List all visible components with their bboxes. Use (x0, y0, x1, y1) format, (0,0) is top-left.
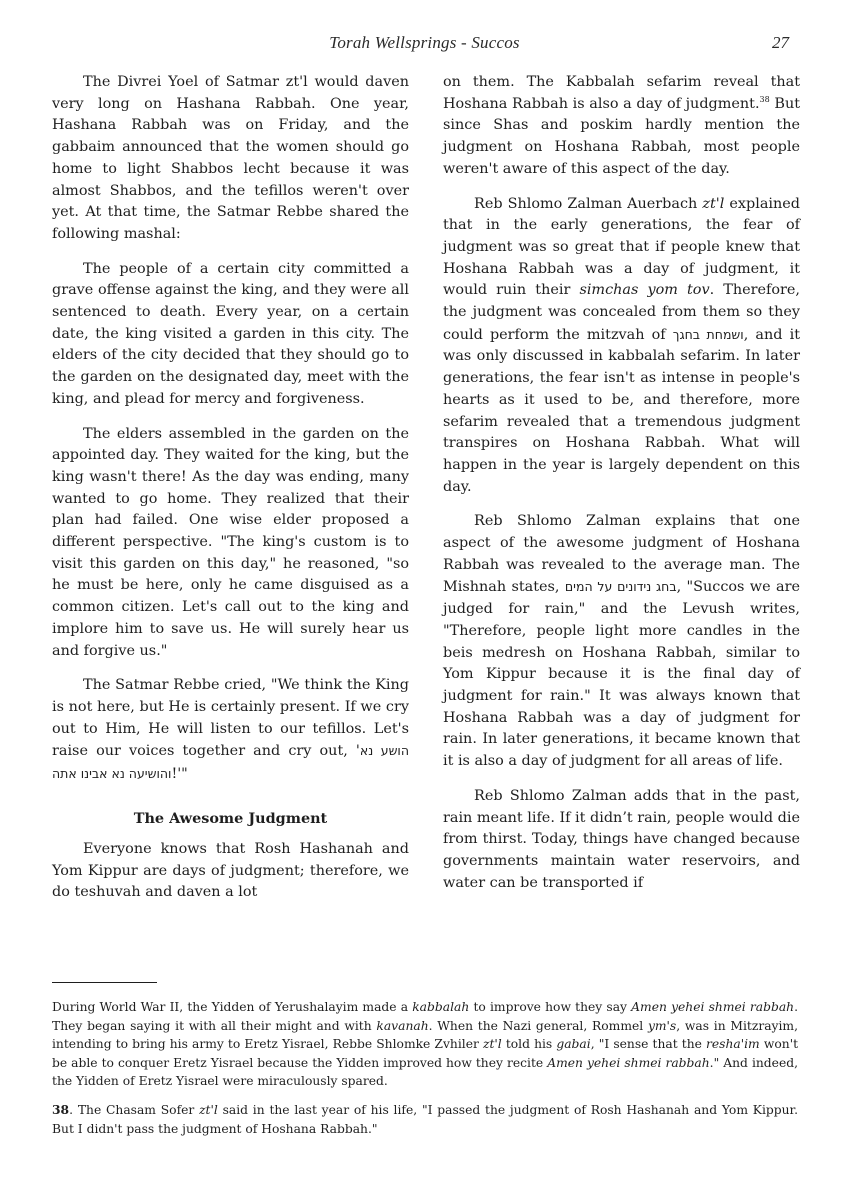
footnotes: During World War II, the Yidden of Yerus… (52, 998, 798, 1148)
section-heading: The Awesome Judgment (52, 808, 409, 829)
text: Reb Shlomo Zalman Auerbach (474, 196, 702, 212)
page-number: 27 (772, 33, 789, 53)
paragraph: on them. The Kabbalah sefarim reveal tha… (443, 72, 800, 181)
running-header: Torah Wellsprings - Succos 27 (0, 33, 849, 57)
footnote-number: 38 (52, 1102, 69, 1117)
italic-text: simchas yom tov (579, 282, 709, 298)
paragraph: The elders assembled in the garden on th… (52, 424, 409, 663)
paragraph: Everyone knows that Rosh Hashanah and Yo… (52, 839, 409, 904)
paragraph: Reb Shlomo Zalman adds that in the past,… (443, 786, 800, 895)
text: The Satmar Rebbe cried, "We think the Ki… (52, 677, 409, 759)
paragraph: Reb Shlomo Zalman explains that one aspe… (443, 511, 800, 772)
italic-text: Amen yehei shmei rabbah (631, 1000, 794, 1014)
footnote-38: 38. The Chasam Sofer zt'l said in the la… (52, 1101, 798, 1138)
text: . When the Nazi general, Rommel (429, 1019, 648, 1033)
italic-text: zt'l (702, 196, 724, 212)
text: , and it was only discussed in kabbalah … (443, 327, 800, 495)
footnote-reference[interactable]: 38 (760, 95, 770, 104)
italic-text: kabbalah (412, 1000, 469, 1014)
text: to improve how they say (469, 1000, 631, 1014)
text: !'" (171, 766, 187, 782)
paragraph: Reb Shlomo Zalman Auerbach zt'l explaine… (443, 194, 800, 499)
text: , "I sense that the (591, 1037, 706, 1051)
text: told his (502, 1037, 557, 1051)
italic-text: zt'l (483, 1037, 502, 1051)
paragraph: The Divrei Yoel of Satmar zt'l would dav… (52, 72, 409, 246)
left-column: The Divrei Yoel of Satmar zt'l would dav… (52, 72, 409, 917)
italic-text: Amen yehei shmei rabbah (547, 1056, 709, 1070)
text: on them. The Kabbalah sefarim reveal tha… (443, 74, 800, 112)
text: . The Chasam Sofer (69, 1103, 199, 1117)
italic-text: resha'im (706, 1037, 760, 1051)
italic-text: ym's (648, 1019, 676, 1033)
footnote-divider (52, 982, 157, 983)
paragraph: The Satmar Rebbe cried, "We think the Ki… (52, 675, 409, 786)
text: , "Succos we are judged for rain," and t… (443, 579, 800, 769)
hebrew-text: ושמחת בחגך (673, 327, 744, 342)
footnote-continued: During World War II, the Yidden of Yerus… (52, 998, 798, 1091)
paragraph: The people of a certain city committed a… (52, 259, 409, 411)
running-title: Torah Wellsprings - Succos (0, 33, 849, 53)
hebrew-text: בחג נידונים על המים (565, 579, 677, 594)
right-column: on them. The Kabbalah sefarim reveal tha… (443, 72, 800, 907)
text: During World War II, the Yidden of Yerus… (52, 1000, 412, 1014)
italic-text: gabai (556, 1037, 590, 1051)
italic-text: kavanah (376, 1019, 428, 1033)
italic-text: zt'l (199, 1103, 218, 1117)
